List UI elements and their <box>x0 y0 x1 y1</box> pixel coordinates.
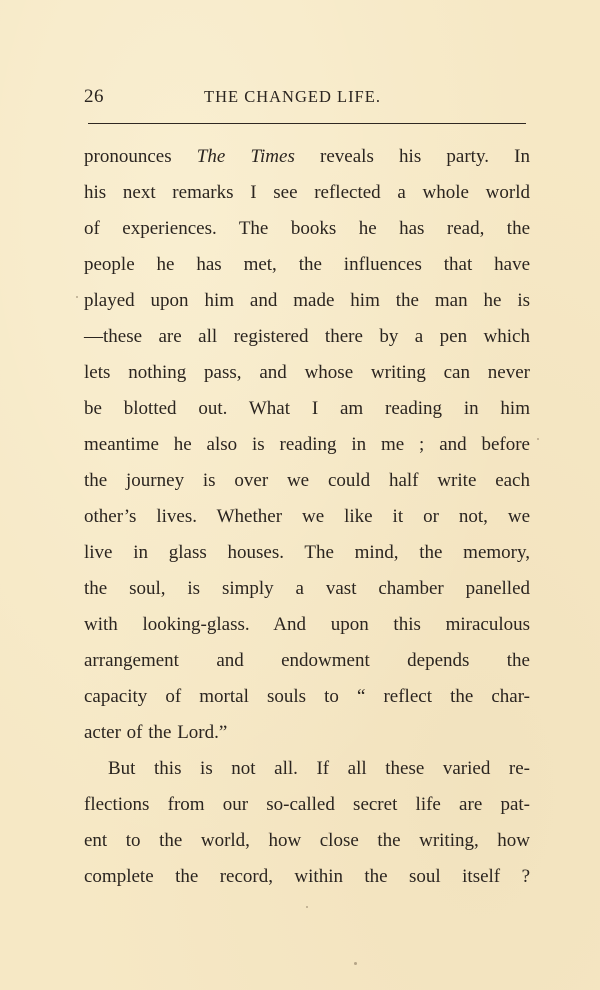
text-line-paragraph-start: But this is not all. If all these varied… <box>84 754 530 790</box>
book-page: 26 THE CHANGED LIFE. pronounces The Time… <box>84 0 530 990</box>
text-line: flections from our so-called secret life… <box>84 790 530 826</box>
paper-speck <box>76 296 78 298</box>
text-line: capacity of mortal souls to “ reflect th… <box>84 682 530 718</box>
text-line: with looking-glass. And upon this miracu… <box>84 610 530 646</box>
text-line: ent to the world, how close the writing,… <box>84 826 530 862</box>
text-span: reveals his party. In <box>295 146 530 167</box>
text-line: people he has met, the influences that h… <box>84 250 530 286</box>
page-number: 26 <box>84 86 104 108</box>
text-span: pronounces <box>84 146 197 167</box>
italic-title: The Times <box>197 146 295 167</box>
text-line: be blotted out. What I am reading in him <box>84 394 530 430</box>
paper-speck <box>306 906 308 908</box>
text-line: —these are all registered there by a pen… <box>84 322 530 358</box>
text-line: arrangement and endowment depends the <box>84 646 530 682</box>
paper-speck <box>354 962 357 965</box>
text-line: of experiences. The books he has read, t… <box>84 214 530 250</box>
body-text: pronounces The Times reveals his party. … <box>84 142 530 898</box>
text-line: the soul, is simply a vast chamber panel… <box>84 574 530 610</box>
text-line: meantime he also is reading in me ; and … <box>84 430 530 466</box>
text-line: lets nothing pass, and whose writing can… <box>84 358 530 394</box>
paper-speck <box>537 438 539 440</box>
text-line: complete the record, within the soul its… <box>84 862 530 898</box>
header-rule <box>88 123 526 124</box>
text-line: other’s lives. Whether we like it or not… <box>84 502 530 538</box>
text-line: live in glass houses. The mind, the memo… <box>84 538 530 574</box>
text-line: his next remarks I see reflected a whole… <box>84 178 530 214</box>
text-line: pronounces The Times reveals his party. … <box>84 142 530 178</box>
running-title: THE CHANGED LIFE. <box>204 87 381 107</box>
text-line: played upon him and made him the man he … <box>84 286 530 322</box>
text-line-paragraph-end: acter of the Lord.” <box>84 718 530 754</box>
running-head: 26 THE CHANGED LIFE. <box>84 86 530 112</box>
text-line: the journey is over we could half write … <box>84 466 530 502</box>
